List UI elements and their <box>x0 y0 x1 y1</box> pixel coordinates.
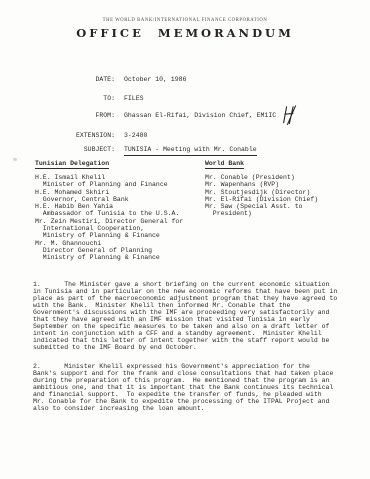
field-label-subject: SUBJECT: <box>40 146 115 156</box>
field-label-extension: EXTENSION: <box>40 132 115 140</box>
tunisian-delegation-list: H.E. Ismail Khelil Minister of Planning … <box>35 174 205 262</box>
field-label-to: TO: <box>40 95 115 103</box>
scan-artifact <box>13 158 17 161</box>
field-value-date: October 10, 1986 <box>124 76 186 84</box>
org-line: THE WORLD BANK/INTERNATIONAL FINANCE COR… <box>0 18 370 23</box>
tunisian-delegation-section: Tunisian Delegation H.E. Ismail Khelil M… <box>35 160 205 262</box>
field-row-from: FROM: Ghassan El-Rifai, Division Chief, … <box>40 112 276 120</box>
field-label-from: FROM: <box>40 112 115 120</box>
tunisian-delegation-heading: Tunisian Delegation <box>35 160 109 169</box>
field-row-subject: SUBJECT: TUNISIA - Meeting with Mr. Cona… <box>40 146 276 156</box>
field-value-from: Ghassan El-Rifai, Division Chief, EM1IC <box>124 112 276 120</box>
field-row-date: DATE: October 10, 1986 <box>40 76 276 84</box>
world-bank-heading: World Bank <box>205 160 244 169</box>
memo-fields: DATE: October 10, 1986 TO: FILES FROM: G… <box>40 76 276 156</box>
field-value-extension: 3-2480 <box>124 132 147 140</box>
field-value-subject: TUNISIA - Meeting with Mr. Conable <box>124 146 257 156</box>
handwritten-initials-icon <box>281 105 296 126</box>
attendees-section: Tunisian Delegation H.E. Ismail Khelil M… <box>35 160 352 262</box>
memo-body: 1. The Minister gave a short briefing on… <box>33 281 354 412</box>
field-label-date: DATE: <box>40 76 115 84</box>
paragraph-1: 1. The Minister gave a short briefing on… <box>33 281 354 351</box>
field-row-extension: EXTENSION: 3-2480 <box>40 132 276 140</box>
paragraph-2: 2. Minister Khelil expressed his Governm… <box>33 363 354 412</box>
document-page: THE WORLD BANK/INTERNATIONAL FINANCE COR… <box>0 0 370 479</box>
world-bank-list: Mr. Conable (President) Mr. Wapenhans (R… <box>205 174 352 218</box>
memo-title: OFFICE MEMORANDUM <box>0 26 370 40</box>
field-value-to: FILES <box>124 95 144 103</box>
world-bank-section: World Bank Mr. Conable (President) Mr. W… <box>205 160 352 262</box>
field-row-to: TO: FILES <box>40 95 276 103</box>
